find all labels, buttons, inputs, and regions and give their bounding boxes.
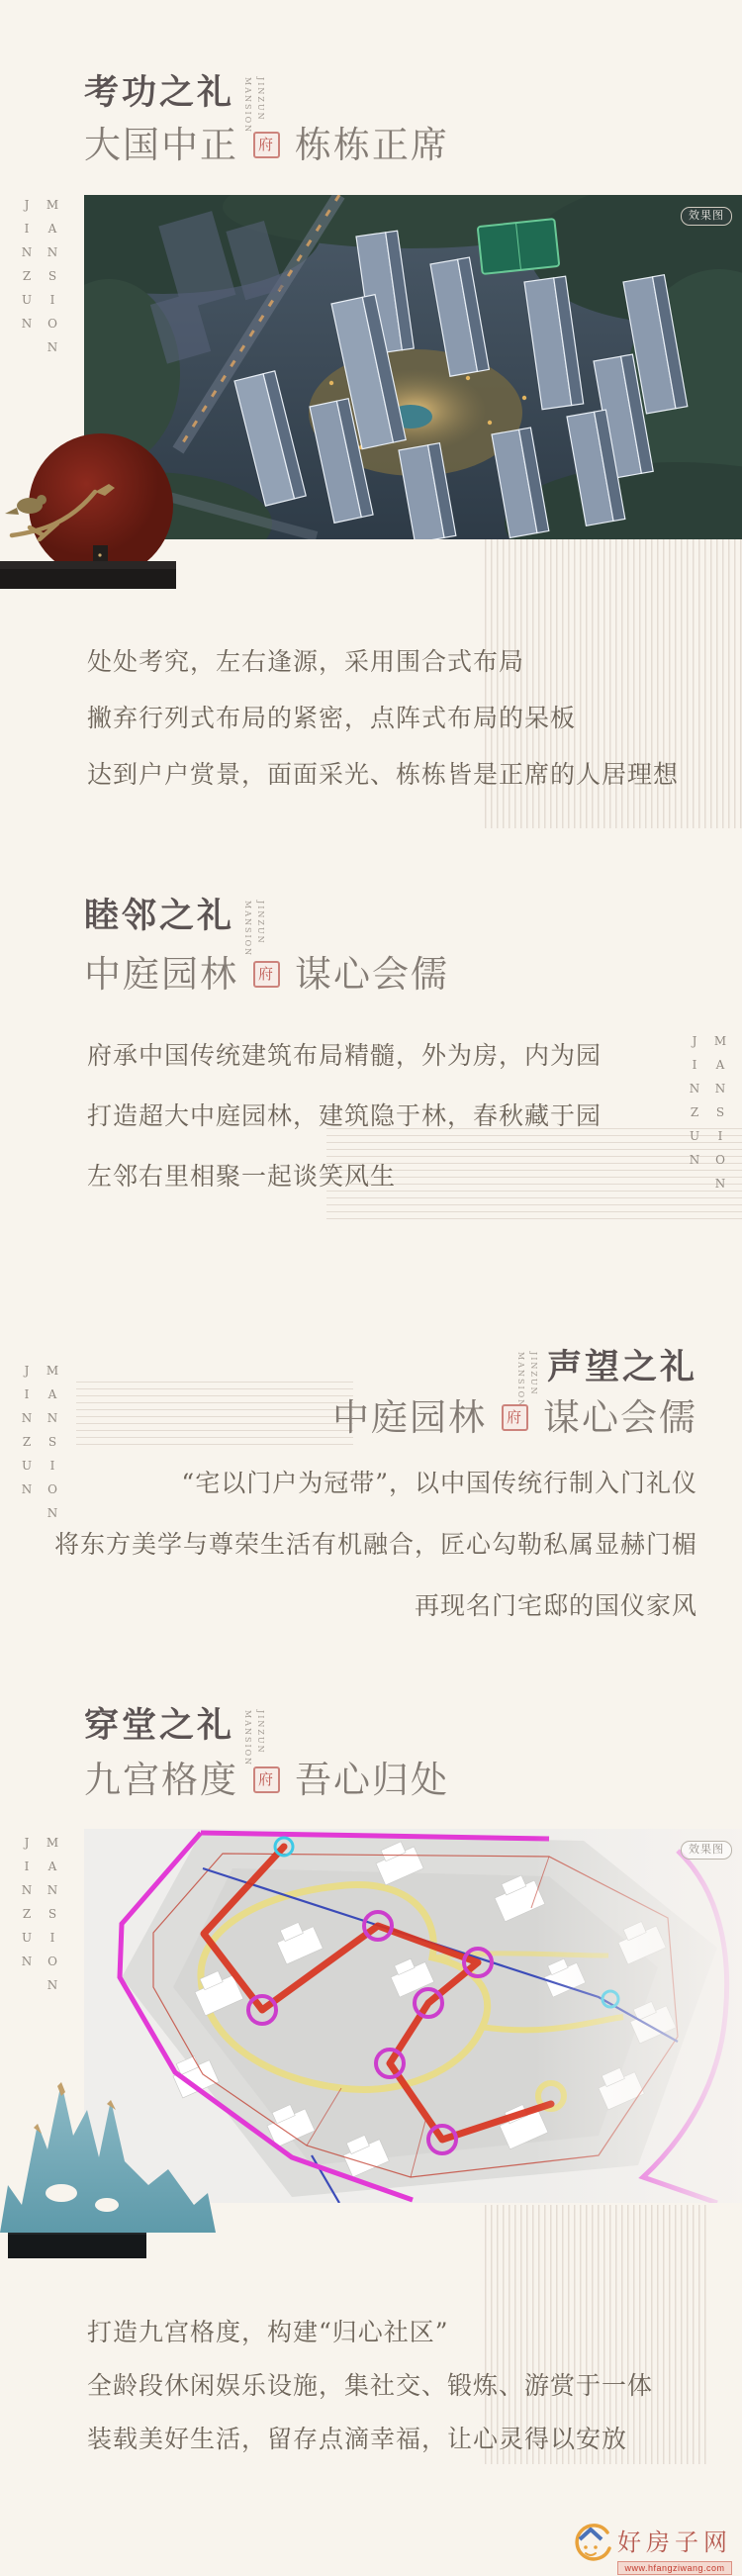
brand-jinzun: JINZUN [688, 1034, 701, 1200]
section3-subtitle: 中庭园林 府 谋心会儒 [332, 1399, 697, 1436]
section1-subtitle: 大国中正 府 栋栋正席 [84, 127, 449, 163]
paragraph-line: “宅以门户为冠带”，以中国传统行制入门礼仪 [54, 1453, 697, 1514]
house-logo-icon [570, 2523, 611, 2566]
section2-subtitle-right: 谋心会儒 [295, 956, 449, 993]
mountain-sculpture [0, 2066, 223, 2269]
paragraph-line: 装载美好生活，留存点滴幸福，让心灵得以安放 [87, 2413, 653, 2466]
section4-title: 穿堂之礼 [84, 1708, 234, 1743]
section2-subtitle-left: 中庭园林 [84, 956, 238, 993]
section1-subtitle-right: 栋栋正席 [295, 127, 449, 163]
paragraph-line: 撇弃行列式布局的紧密，点阵式布局的呆板 [87, 690, 679, 746]
promo-page: 考功之礼 MANSION JINZUN 大国中正 府 栋栋正席 [0, 0, 742, 2576]
watermark-site-name: 好房子网 [617, 2523, 732, 2557]
watermark-text: 好房子网 www.hfangziwang.com [617, 2523, 732, 2575]
paragraph-line: 将东方美学与尊荣生活有机融合，匠心勾勒私属显赫门楣 [54, 1514, 697, 1575]
section2-subtitle: 中庭园林 府 谋心会儒 [84, 956, 449, 993]
section2-paragraph: 府承中国传统建筑布局精髓，外为房，内为园 打造超大中庭园林，建筑隐于林，春秋藏于… [87, 1025, 602, 1206]
brand-mansion: MANSION [713, 1034, 727, 1200]
section3-subtitle-left: 中庭园林 [332, 1399, 487, 1436]
section1-subtitle-left: 大国中正 [84, 127, 238, 163]
paragraph-line: 处处考究，左右逢源，采用围合式布局 [87, 633, 679, 690]
seal-icon: 府 [502, 1404, 528, 1431]
section3-paragraph: “宅以门户为冠带”，以中国传统行制入门礼仪 将东方美学与尊荣生活有机融合，匠心勾… [54, 1453, 697, 1637]
bird-disc-sculpture [0, 429, 176, 597]
brand-caption-mansion: MANSION [243, 901, 252, 962]
render-tag: 效果图 [681, 1841, 732, 1860]
section4-paragraph: 打造九宫格度，构建“归心社区” 全龄段休闲娱乐设施，集社交、锻炼、游赏于一体 装… [87, 2306, 653, 2466]
section2-title: 睦邻之礼 [84, 899, 234, 933]
brand-mansion: MANSION [46, 198, 59, 364]
brand-jinzun: JINZUN [20, 1364, 34, 1530]
section4-subtitle: 九宫格度 府 吾心归处 [84, 1762, 449, 1798]
section3-title: 声望之礼 [547, 1350, 697, 1384]
paragraph-line: 左邻右里相聚一起谈笑风生 [87, 1146, 602, 1206]
paragraph-line: 打造超大中庭园林，建筑隐于林，春秋藏于园 [87, 1086, 602, 1146]
section1-paragraph: 处处考究，左右逢源，采用围合式布局 撇弃行列式布局的紧密，点阵式布局的呆板 达到… [87, 633, 679, 803]
brand-vertical-left-1: JINZUN MANSION [20, 198, 59, 364]
section3-subtitle-right: 谋心会儒 [543, 1399, 697, 1436]
section2-title-caption: MANSION JINZUN [243, 901, 265, 962]
stripe-texture-3 [76, 1382, 353, 1445]
brand-mansion: MANSION [46, 1836, 59, 2002]
watermark: 好房子网 www.hfangziwang.com [570, 2523, 732, 2575]
aerial-night-render: 效果图 [84, 195, 742, 539]
watermark-url: www.hfangziwang.com [617, 2561, 732, 2575]
render-tag: 效果图 [681, 207, 732, 226]
section4-subtitle-right: 吾心归处 [295, 1762, 449, 1798]
seal-icon: 府 [253, 132, 280, 158]
seal-icon: 府 [253, 961, 280, 988]
paragraph-line: 全龄段休闲娱乐设施，集社交、锻炼、游赏于一体 [87, 2359, 653, 2413]
brand-caption-jinzun: JINZUN [256, 901, 265, 962]
seal-icon: 府 [253, 1766, 280, 1793]
paragraph-line: 再现名门宅邸的国仪家风 [54, 1575, 697, 1637]
section2-title-row: 睦邻之礼 MANSION JINZUN [84, 899, 265, 962]
aerial-render-art [84, 195, 742, 539]
brand-jinzun: JINZUN [20, 1836, 34, 2002]
brand-vertical-left-3: JINZUN MANSION [20, 1836, 59, 2002]
paragraph-line: 打造九宫格度，构建“归心社区” [87, 2306, 653, 2359]
section4-subtitle-left: 九宫格度 [84, 1762, 238, 1798]
paragraph-line: 达到户户赏景，面面采光、栋栋皆是正席的人居理想 [87, 746, 679, 803]
brand-vertical-right: JINZUN MANSION [688, 1034, 727, 1200]
brand-jinzun: JINZUN [20, 198, 34, 364]
section1-title: 考功之礼 [84, 75, 234, 110]
paragraph-line: 府承中国传统建筑布局精髓，外为房，内为园 [87, 1025, 602, 1086]
